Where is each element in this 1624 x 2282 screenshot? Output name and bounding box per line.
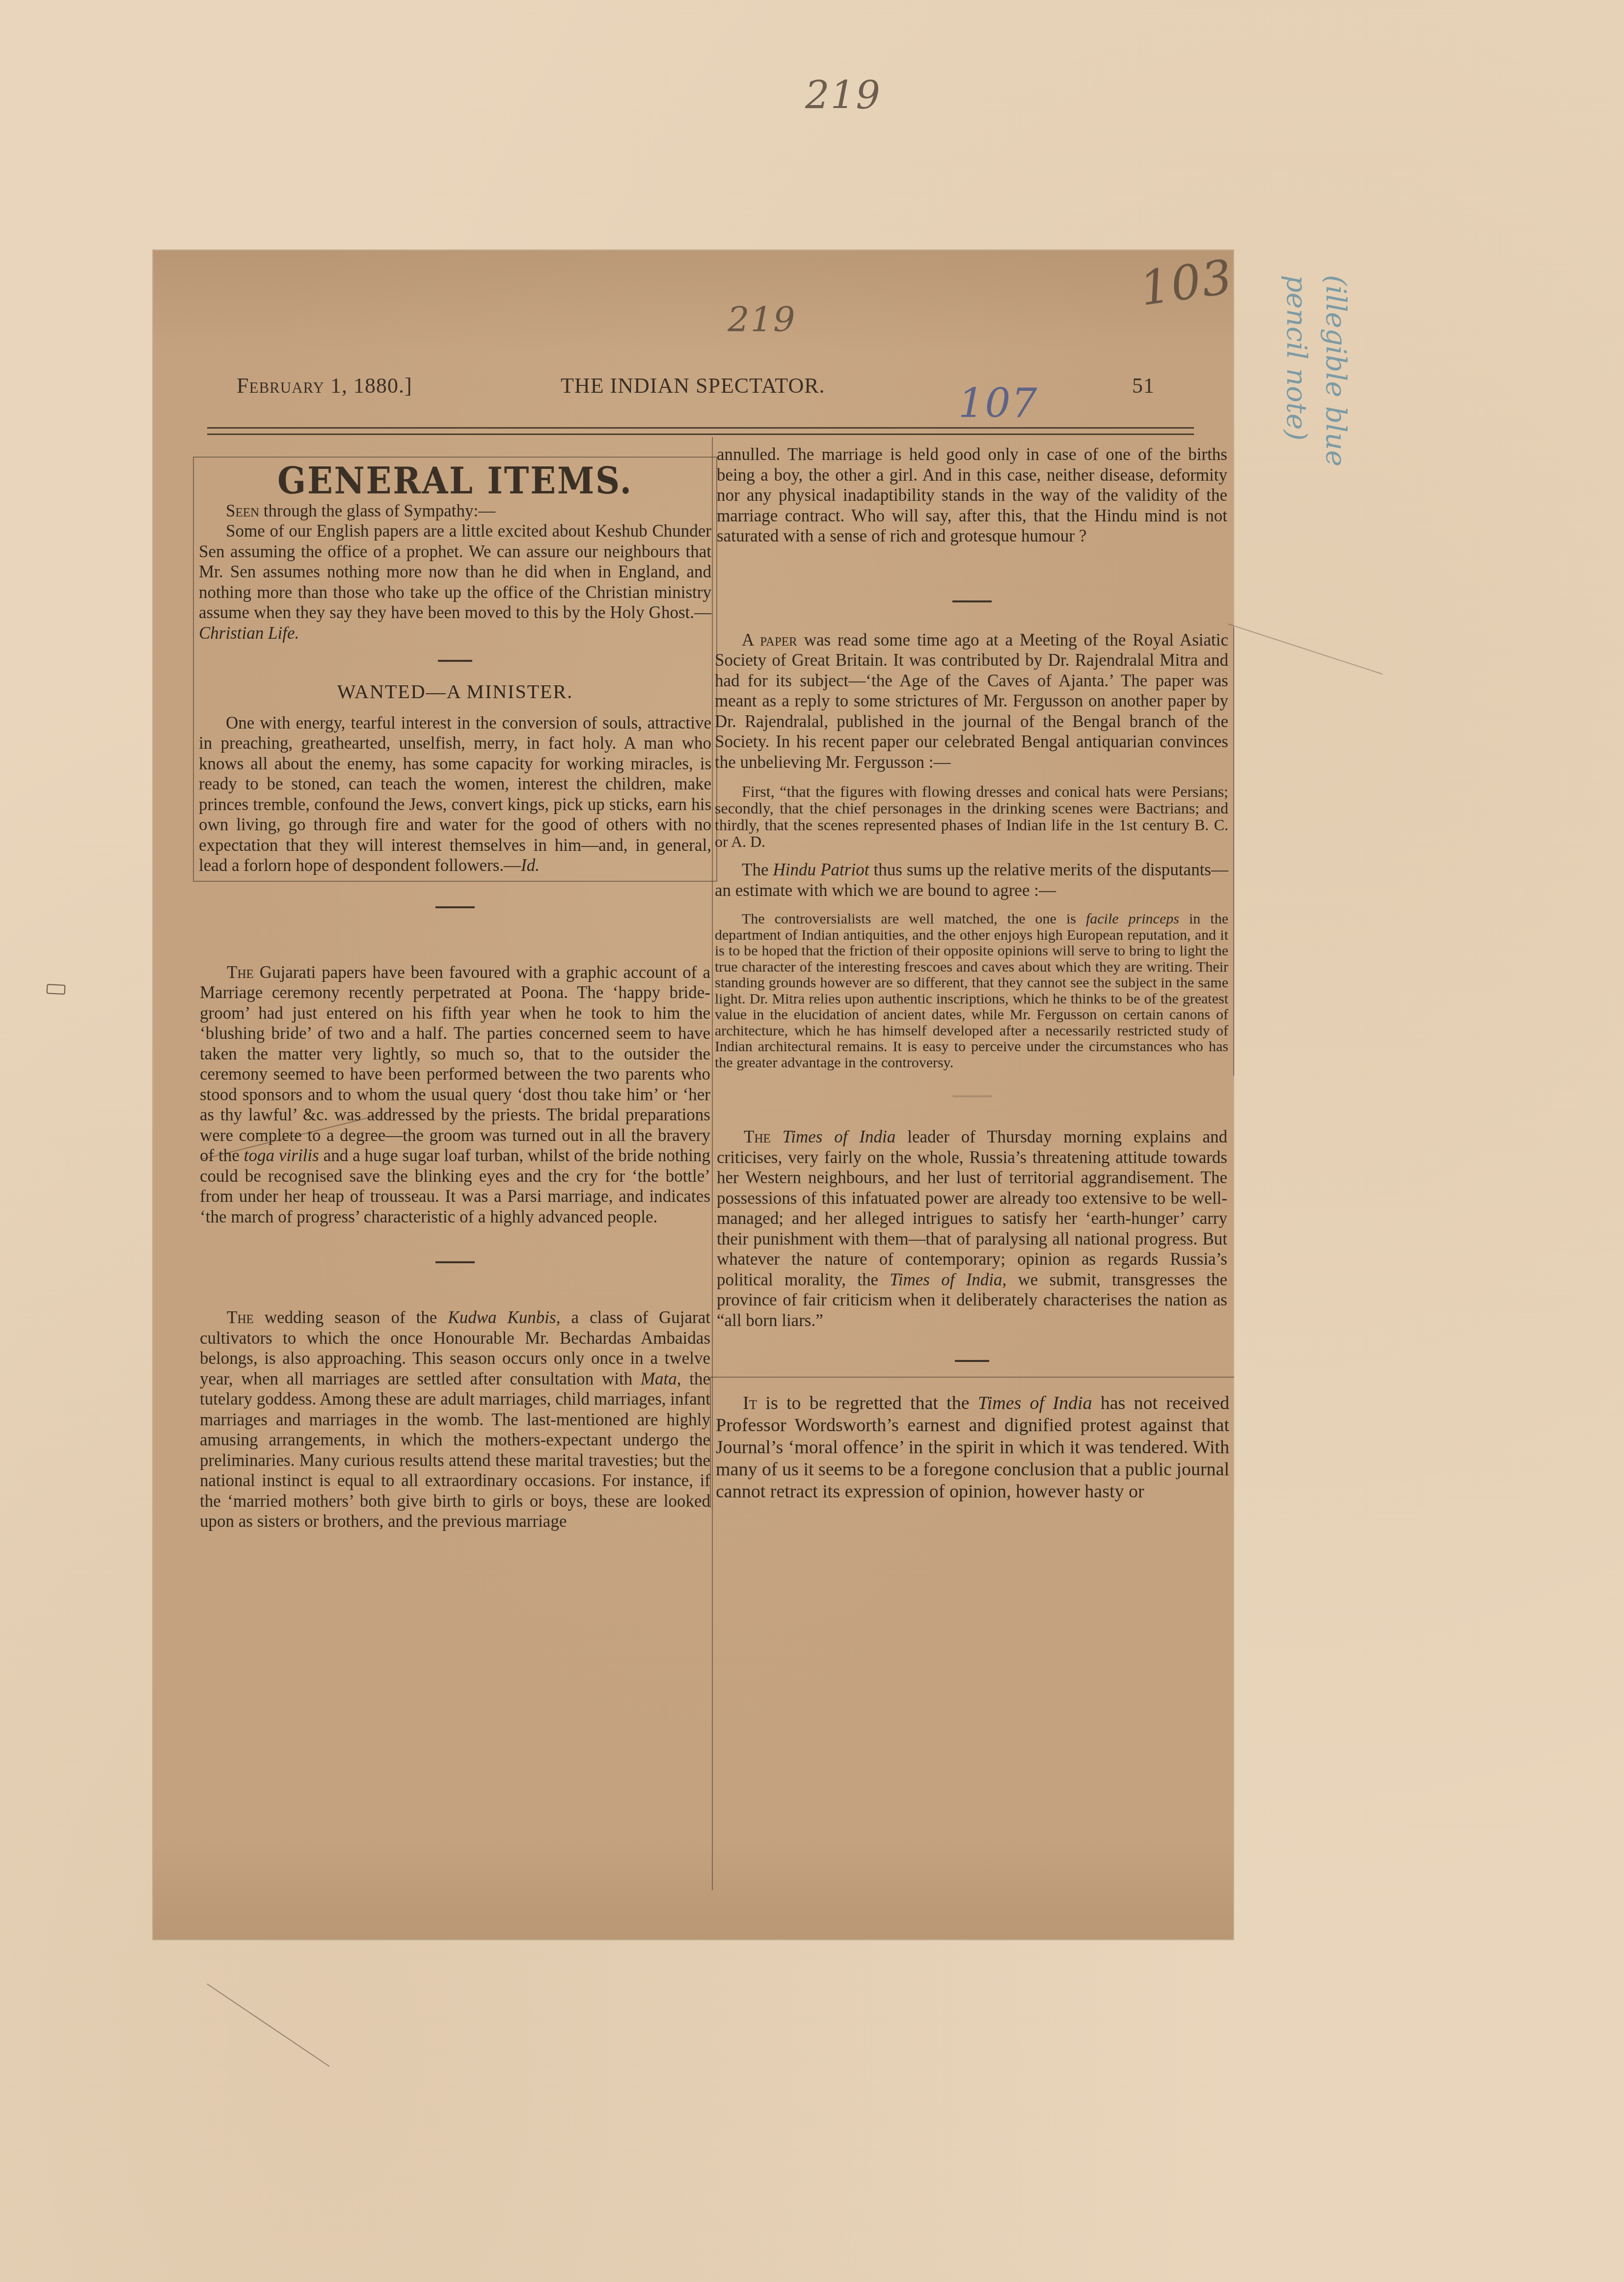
margin-annotation: (illegible blue pencil note) — [1272, 275, 1355, 550]
issue-date: February 1, 1880.] — [237, 373, 412, 398]
ajanta-quote: First, “that the figures with flowing dr… — [715, 783, 1228, 850]
corner-number: 103 — [1137, 249, 1236, 316]
item-gujarati-marriage: The Gujarati papers have been favoured w… — [200, 962, 710, 1227]
item-russia: The Times of India leader of Thursday mo… — [717, 1127, 1227, 1331]
item-heading: WANTED—A MINISTER. — [199, 681, 711, 702]
paper-crease — [207, 1983, 329, 2066]
item-sympathy-body: Some of our English papers are a little … — [199, 521, 711, 643]
paper-crease — [1228, 624, 1382, 675]
masthead: February 1, 1880.] THE INDIAN SPECTATOR.… — [237, 373, 1155, 403]
item-sympathy-lead: Seen through the glass of Sympathy:— — [199, 501, 711, 521]
separator — [952, 600, 992, 602]
wordsworth-box: It is to be regretted that the Times of … — [710, 1377, 1234, 1508]
publication-title: THE INDIAN SPECTATOR. — [561, 373, 825, 398]
mount-folio-number: 219 — [805, 74, 881, 118]
section-title: GENERAL ITEMS. — [219, 471, 691, 492]
left-column: GENERAL ITEMS. Seen through the glass of… — [200, 457, 710, 1532]
page-number: 51 — [1132, 373, 1155, 398]
hindu-patriot-quote: The controversialists are well matched, … — [715, 911, 1228, 1071]
general-items-box: GENERAL ITEMS. Seen through the glass of… — [193, 457, 717, 882]
item-ajanta: A paper was read some time ago at a Meet… — [715, 630, 1228, 773]
ajanta-box: A paper was read some time ago at a Meet… — [710, 627, 1234, 1076]
source-citation: Id. — [521, 856, 540, 875]
clipping-folio-number: 219 — [728, 299, 796, 340]
newspaper-clipping: 219 103 107 February 1, 1880.] THE INDIA… — [153, 250, 1233, 1939]
item-kudwa-kunbis: The wedding season of the Kudwa Kunbis, … — [200, 1307, 710, 1532]
separator — [952, 1095, 992, 1097]
separator — [435, 1261, 475, 1263]
hindu-patriot-intro: The Hindu Patriot thus sums up the relat… — [715, 860, 1228, 900]
source-citation: Christian Life. — [199, 624, 299, 643]
mount-tear-mark — [47, 984, 66, 995]
item-wordsworth: It is to be regretted that the Times of … — [716, 1392, 1229, 1503]
item-minister-body: One with energy, tearful interest in the… — [199, 713, 711, 876]
right-column: annulled. The marriage is held good only… — [717, 444, 1227, 1508]
continuation-text: annulled. The marriage is held good only… — [717, 444, 1227, 546]
masthead-rule — [207, 427, 1194, 435]
separator — [435, 906, 475, 908]
separator — [955, 1360, 989, 1362]
separator — [438, 660, 472, 662]
